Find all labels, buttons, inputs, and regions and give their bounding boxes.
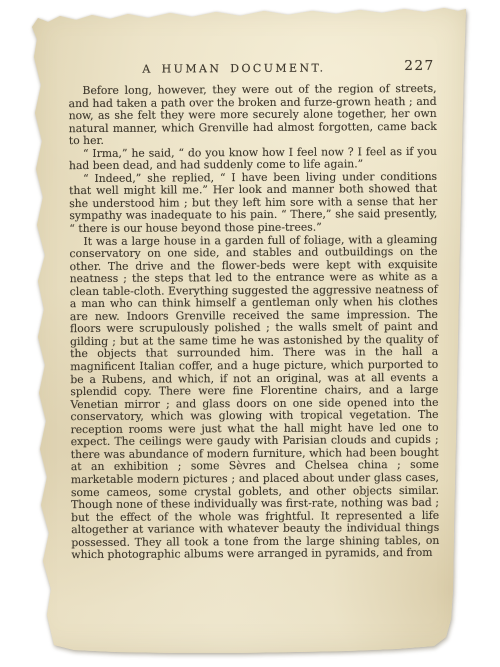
paragraph-4: It was a large house in a garden full of…	[69, 233, 439, 561]
paragraph-2: “ Irma,” he said, “ do you know how I fe…	[69, 146, 437, 173]
paper-shadow-wrap: A HUMAN DOCUMENT. 227 Before long, howev…	[0, 0, 500, 667]
scan-background: A HUMAN DOCUMENT. 227 Before long, howev…	[0, 0, 500, 667]
page-content: A HUMAN DOCUMENT. 227 Before long, howev…	[24, 4, 470, 657]
paragraph-3: “ Indeed,” she replied, “ I have been li…	[69, 171, 437, 236]
book-page: A HUMAN DOCUMENT. 227 Before long, howev…	[26, 5, 468, 655]
running-header-title: A HUMAN DOCUMENT.	[142, 62, 325, 76]
page-body: Before long, however, they were out of t…	[69, 83, 440, 562]
paragraph-1: Before long, however, they were out of t…	[69, 83, 437, 148]
page-number: 227	[404, 58, 434, 74]
